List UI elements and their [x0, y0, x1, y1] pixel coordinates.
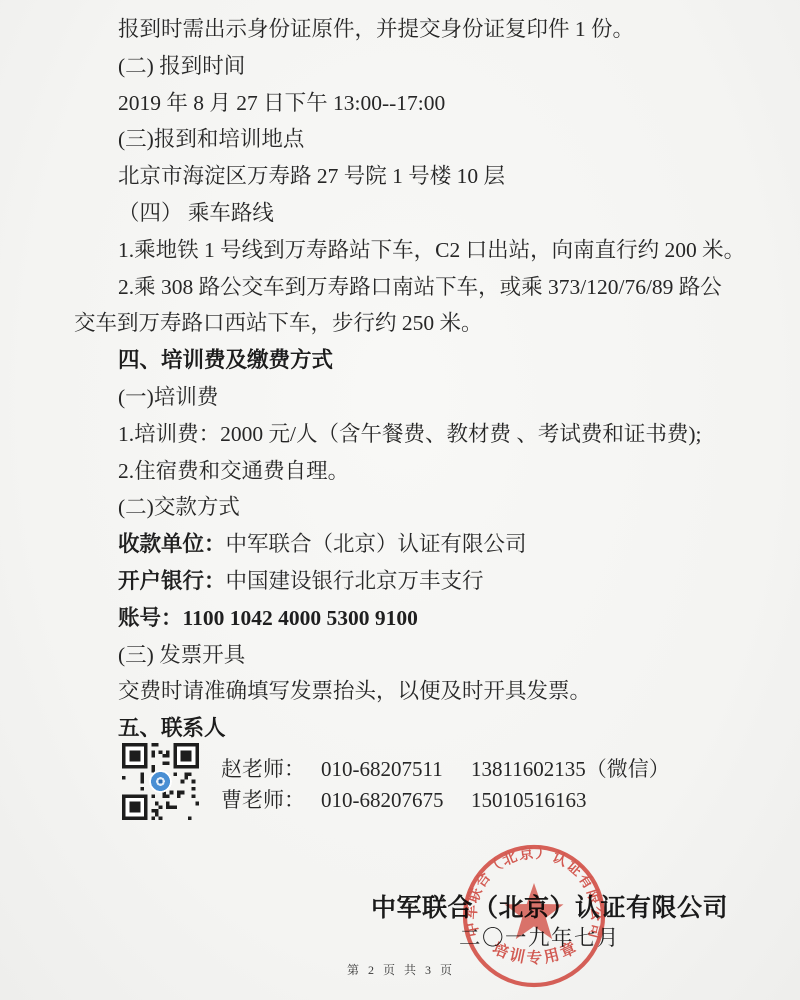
scanned-document-page: 报到时需出示身份证原件，并提交身份证复印件 1 份。(二) 报到时间2019 年… — [0, 0, 800, 1000]
text-line: 交费时请准确填写发票抬头，以便及时开具发票。 — [74, 673, 780, 710]
text-line: 1.培训费：2000 元/人（含午餐费、教材费 、考试费和证书费); — [74, 416, 780, 453]
text-line: 北京市海淀区万寿路 27 号院 1 号楼 10 层 — [74, 158, 780, 195]
contact-row: 赵老师：010-6820751113811602135（微信） — [221, 754, 670, 785]
text-line: (二)交款方式 — [74, 489, 780, 526]
text-line: 报到时需出示身份证原件，并提交身份证复印件 1 份。 — [74, 11, 780, 48]
contact-row: 曹老师：010-6820767515010516163 — [221, 785, 670, 816]
field-label: 账号： — [118, 606, 183, 630]
contact-mobile: 13811602135（微信） — [471, 754, 670, 785]
text-line: 交车到万寿路口西站下车，步行约 250 米。 — [74, 305, 780, 342]
document-body: 报到时需出示身份证原件，并提交身份证复印件 1 份。(二) 报到时间2019 年… — [74, 11, 780, 747]
contact-name: 赵老师： — [221, 754, 321, 785]
text-line: 收款单位：中军联合（北京）认证有限公司 — [74, 526, 780, 563]
text-line: （四） 乘车路线 — [74, 195, 780, 232]
contact-phone: 010-68207675 — [321, 785, 471, 816]
qr-logo-icon — [149, 770, 172, 793]
contact-mobile: 15010516163 — [471, 785, 587, 816]
field-label: 收款单位： — [118, 532, 226, 556]
text-line: 2.乘 308 路公交车到万寿路口南站下车，或乘 373/120/76/89 路… — [74, 269, 780, 306]
text-line: 2.住宿费和交通费自理。 — [74, 453, 780, 490]
qr-code-icon — [122, 743, 199, 820]
contact-name: 曹老师： — [221, 785, 321, 816]
contact-phone: 010-68207511 — [321, 754, 471, 785]
text-line: (二) 报到时间 — [74, 48, 780, 85]
section-heading: 四、培训费及缴费方式 — [74, 342, 780, 379]
field-label: 1100 1042 4000 5300 9100 — [183, 606, 418, 630]
signature-company: 中军联合（北京）认证有限公司 — [371, 888, 728, 924]
text-line: (三)报到和培训地点 — [74, 121, 780, 158]
page-number: 第 2 页 共 3 页 — [347, 961, 455, 978]
signature-date: 二〇一九年七月 — [459, 921, 620, 952]
contact-section: 赵老师：010-6820751113811602135（微信）曹老师：010-6… — [122, 743, 670, 820]
text-line: (三) 发票开具 — [74, 637, 780, 674]
field-label: 开户银行： — [118, 569, 226, 593]
text-line: 2019 年 8 月 27 日下午 13:00--17:00 — [74, 85, 780, 122]
text-line: (一)培训费 — [74, 379, 780, 416]
text-line: 账号：1100 1042 4000 5300 9100 — [74, 600, 780, 637]
text-line: 1.乘地铁 1 号线到万寿路站下车，C2 口出站，向南直行约 200 米。 — [74, 232, 780, 269]
text-line: 开户银行：中国建设银行北京万丰支行 — [74, 563, 780, 600]
section-heading: 五、联系人 — [74, 710, 780, 747]
field-value: 中军联合（北京）认证有限公司 — [226, 532, 527, 556]
field-value: 中国建设银行北京万丰支行 — [226, 569, 484, 593]
contact-rows: 赵老师：010-6820751113811602135（微信）曹老师：010-6… — [221, 743, 670, 816]
